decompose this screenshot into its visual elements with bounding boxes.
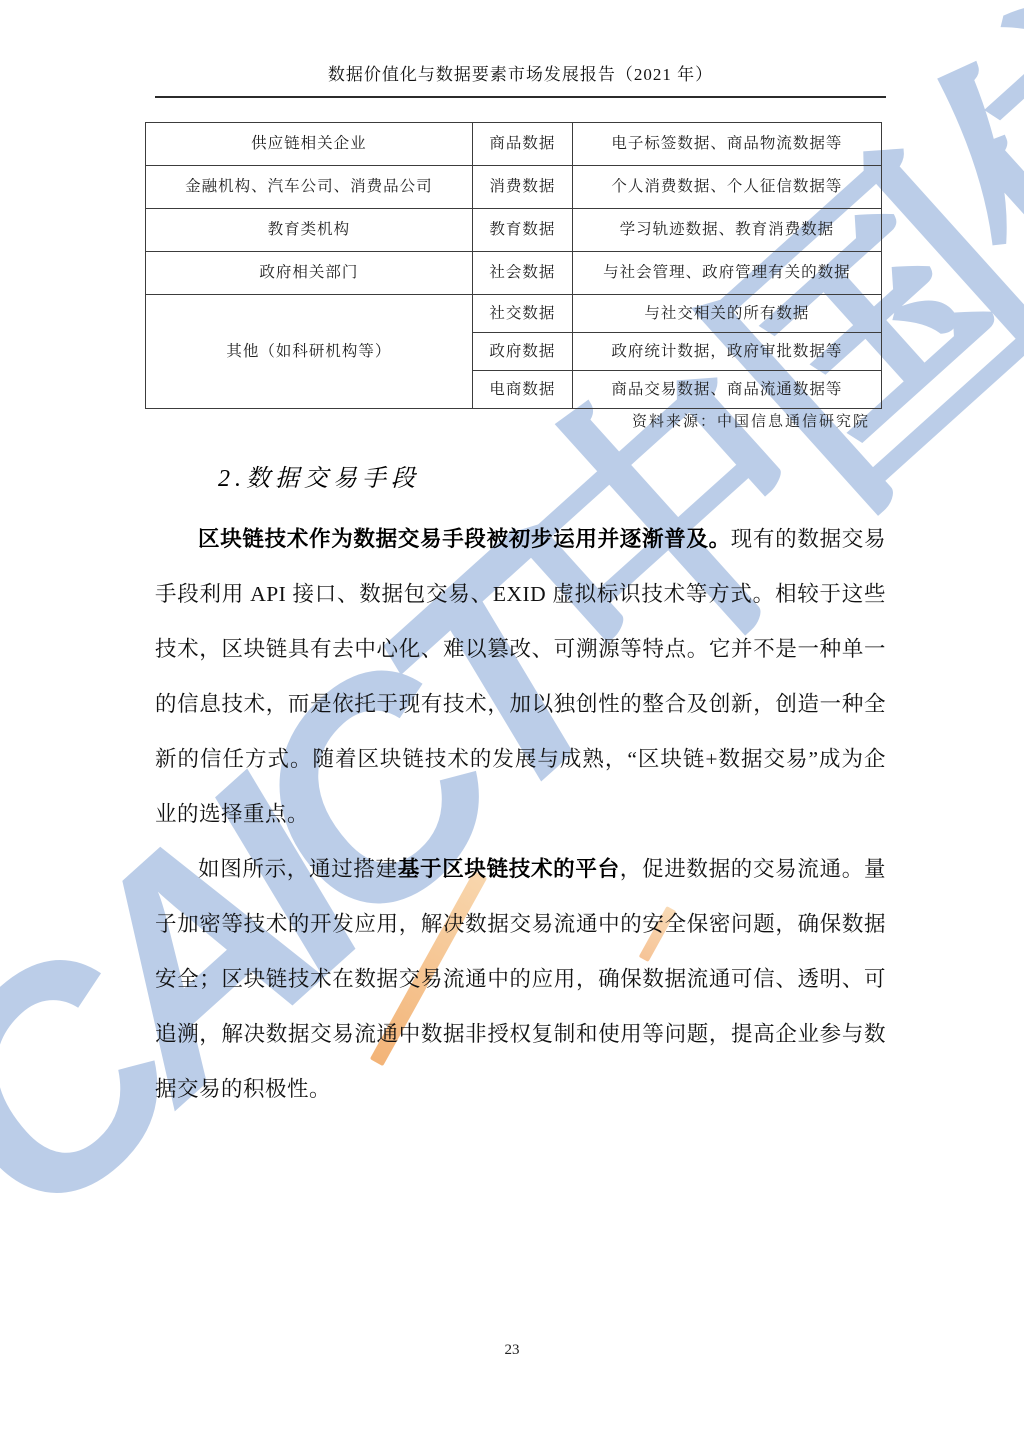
table-row: 政府相关部门 社会数据 与社会管理、政府管理有关的数据 — [146, 252, 882, 295]
paragraph-1-bold-lead: 区块链技术作为数据交易手段被初步运用并逐渐普及。 — [198, 527, 731, 551]
report-page: CAICT中国信通院 数据价值化与数据要素市场发展报告（2021 年） 供应链相… — [0, 0, 1024, 1448]
page-header: 数据价值化与数据要素市场发展报告（2021 年） — [155, 60, 886, 98]
table-row: 金融机构、汽车公司、消费品公司 消费数据 个人消费数据、个人征信数据等 — [146, 166, 882, 209]
provider-cell: 供应链相关企业 — [146, 123, 473, 166]
data-type-cell: 商品数据 — [472, 123, 572, 166]
section-heading: 2.数据交易手段 — [218, 458, 420, 493]
paragraph-2-lead: 如图所示，通过搭建 — [198, 857, 398, 881]
paragraph-2: 如图所示，通过搭建基于区块链技术的平台，促进数据的交易流通。量子加密等技术的开发… — [155, 842, 886, 1117]
paragraph-2-body: ，促进数据的交易流通。量子加密等技术的开发应用，解决数据交易流通中的安全保密问题… — [155, 857, 886, 1101]
data-type-cell: 社会数据 — [472, 252, 572, 295]
page-content: 数据价值化与数据要素市场发展报告（2021 年） 供应链相关企业 商品数据 电子… — [0, 0, 1024, 1448]
table-row: 其他（如科研机构等） 社交数据 与社交相关的所有数据 — [146, 295, 882, 333]
data-type-cell: 政府数据 — [472, 333, 572, 371]
examples-cell: 个人消费数据、个人征信数据等 — [572, 166, 881, 209]
table-row: 教育类机构 教育数据 学习轨迹数据、教育消费数据 — [146, 209, 882, 252]
examples-cell: 电子标签数据、商品物流数据等 — [572, 123, 881, 166]
source-note: 资料来源：中国信息通信研究院 — [632, 410, 870, 431]
paragraph-1: 区块链技术作为数据交易手段被初步运用并逐渐普及。现有的数据交易手段利用 API … — [155, 512, 886, 842]
examples-cell: 商品交易数据、商品流通数据等 — [572, 371, 881, 409]
data-provider-table: 供应链相关企业 商品数据 电子标签数据、商品物流数据等 金融机构、汽车公司、消费… — [145, 122, 882, 409]
report-title: 数据价值化与数据要素市场发展报告（2021 年） — [328, 65, 713, 84]
paragraph-1-body: 现有的数据交易手段利用 API 接口、数据包交易、EXID 虚拟标识技术等方式。… — [155, 527, 886, 826]
table-row: 供应链相关企业 商品数据 电子标签数据、商品物流数据等 — [146, 123, 882, 166]
data-type-cell: 消费数据 — [472, 166, 572, 209]
examples-cell: 与社会管理、政府管理有关的数据 — [572, 252, 881, 295]
data-type-cell: 教育数据 — [472, 209, 572, 252]
examples-cell: 政府统计数据，政府审批数据等 — [572, 333, 881, 371]
provider-cell: 金融机构、汽车公司、消费品公司 — [146, 166, 473, 209]
examples-cell: 与社交相关的所有数据 — [572, 295, 881, 333]
examples-cell: 学习轨迹数据、教育消费数据 — [572, 209, 881, 252]
paragraph-2-bold-phrase: 基于区块链技术的平台 — [398, 857, 620, 881]
provider-cell: 其他（如科研机构等） — [146, 295, 473, 409]
provider-cell: 政府相关部门 — [146, 252, 473, 295]
data-type-cell: 电商数据 — [472, 371, 572, 409]
body-text: 区块链技术作为数据交易手段被初步运用并逐渐普及。现有的数据交易手段利用 API … — [155, 512, 886, 1117]
page-number: 23 — [0, 1342, 1024, 1359]
data-type-cell: 社交数据 — [472, 295, 572, 333]
provider-cell: 教育类机构 — [146, 209, 473, 252]
